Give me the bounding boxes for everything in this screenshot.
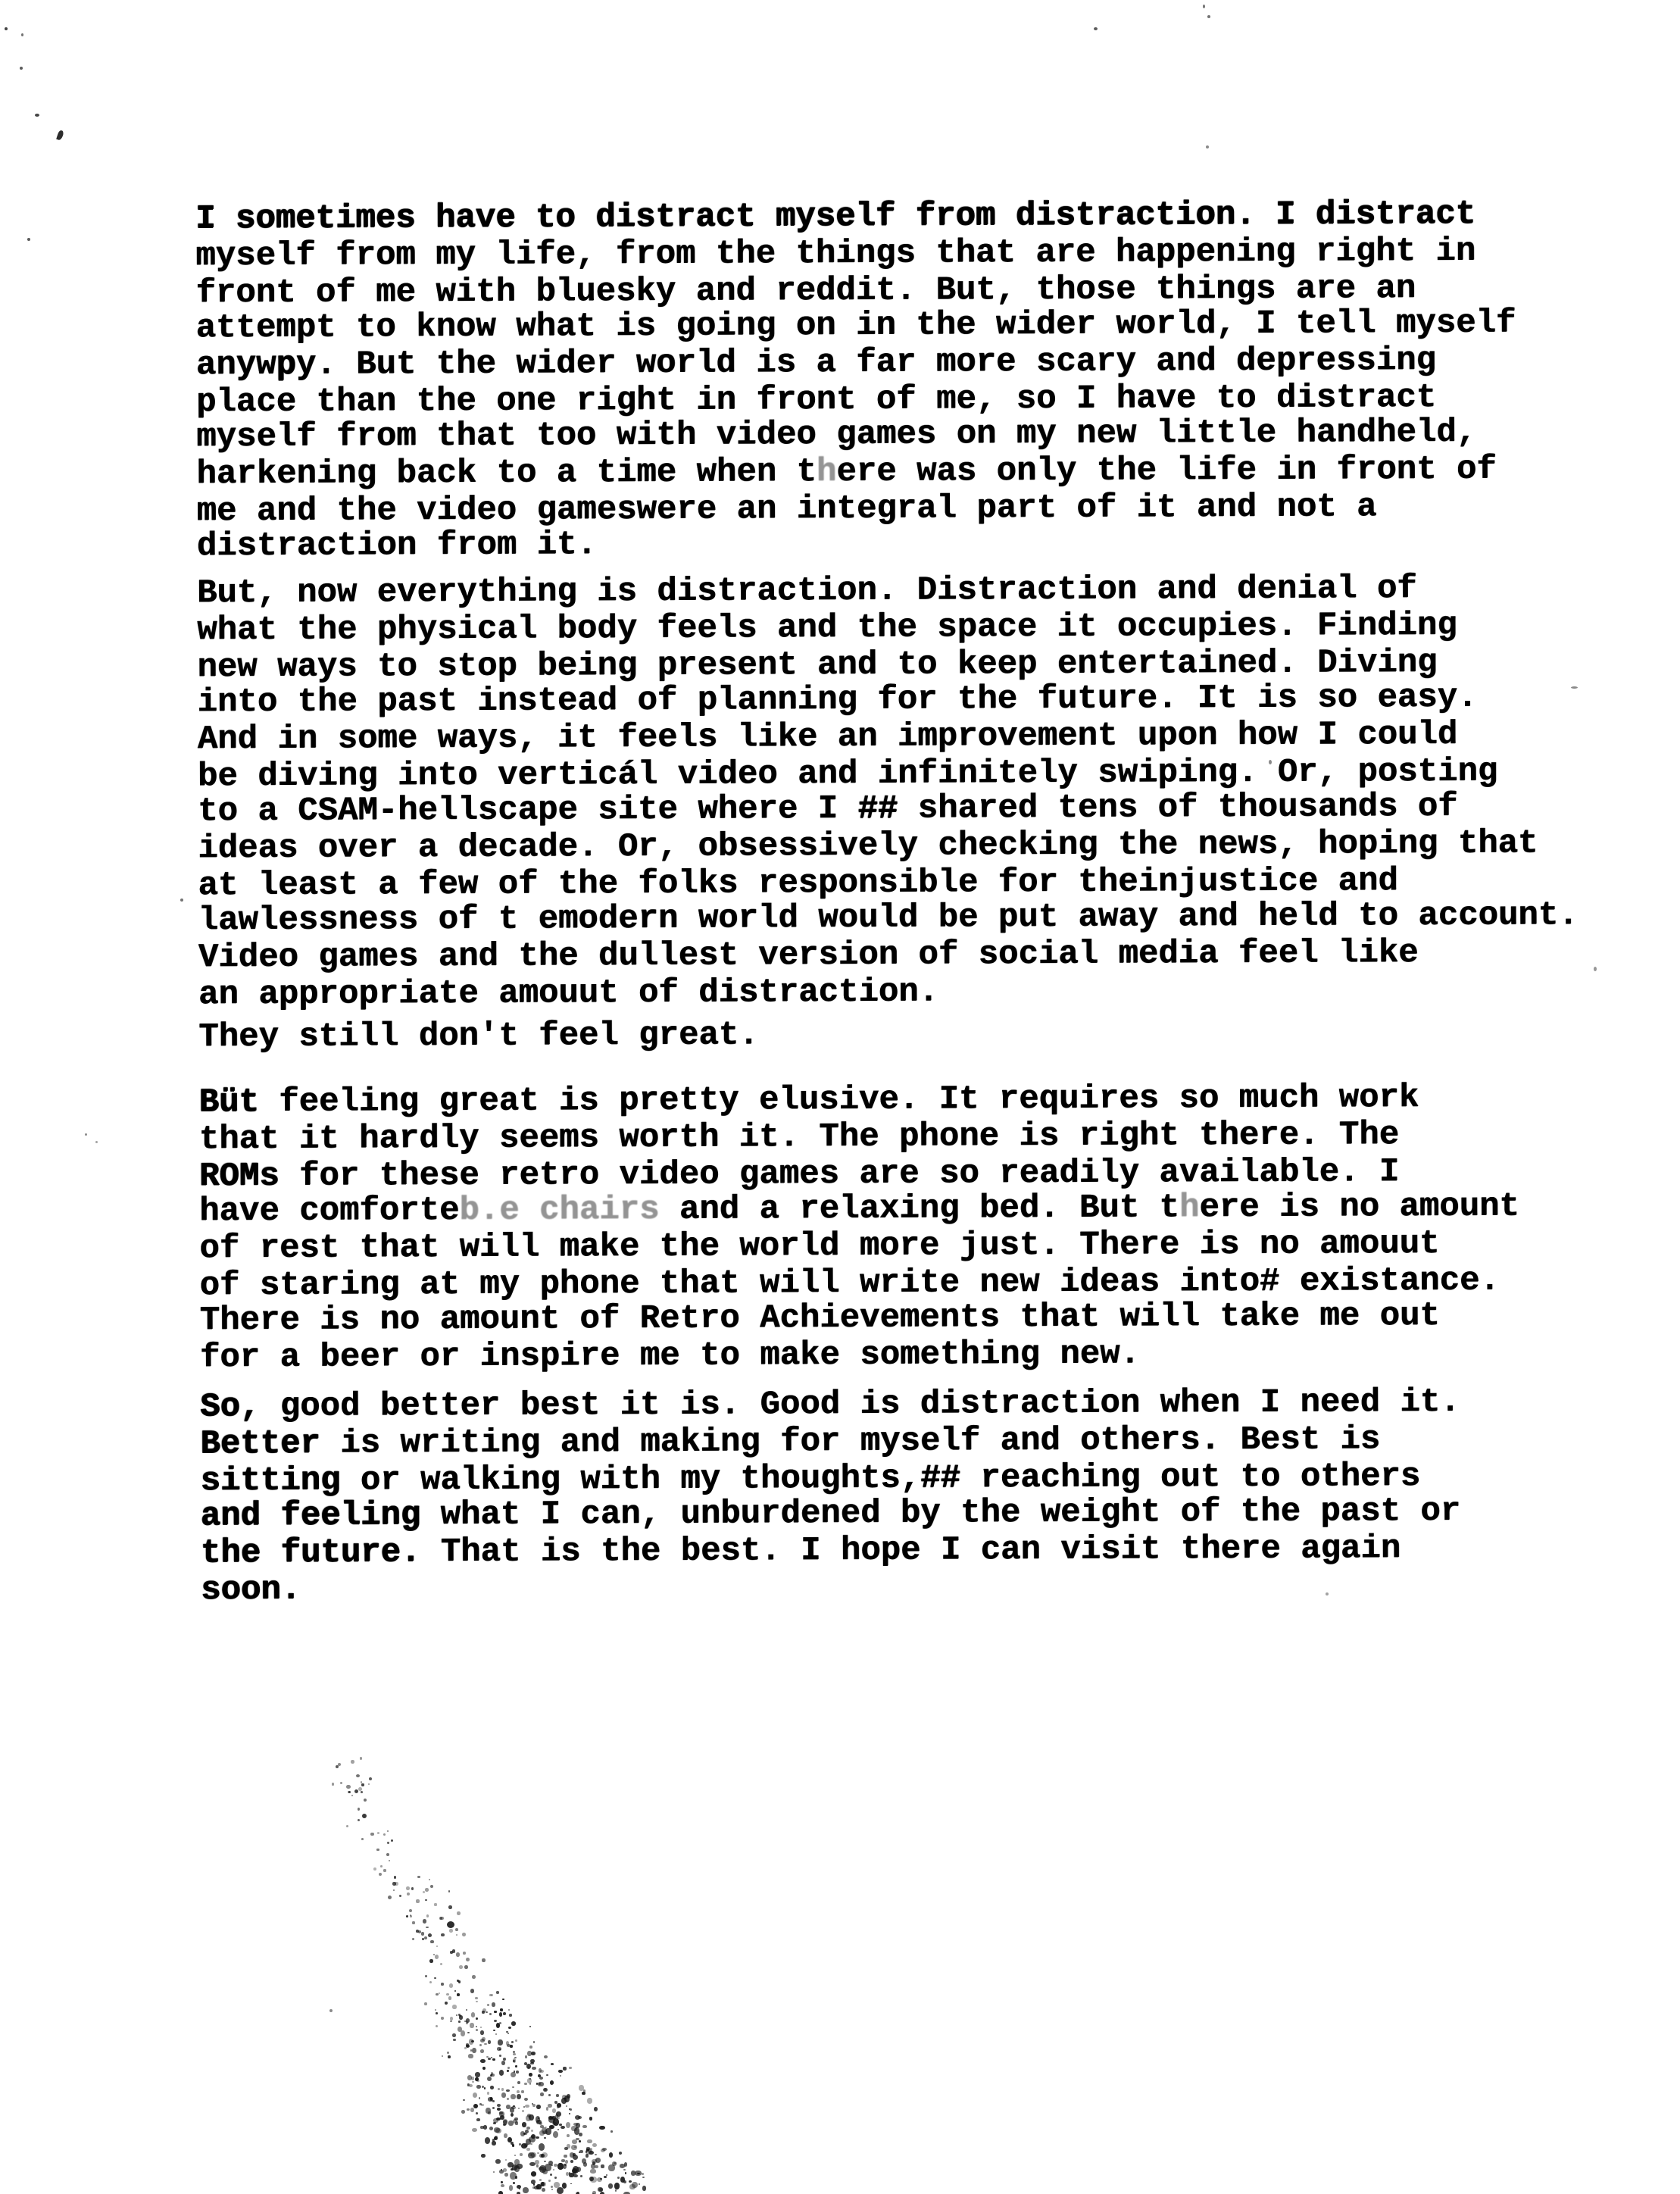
- smudge-dot: [507, 2033, 509, 2034]
- smudge-dot: [475, 1997, 478, 1999]
- smudge-dot: [436, 1946, 438, 1947]
- smudge-dot: [412, 1938, 415, 1941]
- smudge-dot: [473, 2092, 478, 2098]
- smudge-dot: [346, 1785, 351, 1789]
- smudge-dot: [631, 2171, 635, 2176]
- smudge-dot: [582, 2092, 586, 2095]
- text-segment: ere is no amount: [1199, 1187, 1519, 1227]
- smudge-dot: [442, 2055, 443, 2058]
- smudge-dot: [416, 1899, 420, 1903]
- smudge-dot: [448, 2055, 451, 2058]
- smudge-dot: [573, 2155, 579, 2160]
- smudge-dot: [513, 2060, 515, 2062]
- smudge-dot: [499, 2022, 502, 2024]
- text-line: ideas over a decade. Or, obsessively che…: [198, 825, 1644, 867]
- smudge-dot: [642, 2173, 643, 2175]
- text-line: I sometimes have to distract myself from…: [195, 195, 1642, 237]
- smudge-dot: [493, 2122, 496, 2125]
- smudge-dot: [552, 2108, 556, 2113]
- smudge-dot: [480, 2027, 482, 2028]
- smudge-dot: [562, 2095, 567, 2099]
- smudge-dot: [472, 2081, 474, 2083]
- smudge-dot: [511, 2041, 513, 2043]
- smudge-dot: [518, 2108, 520, 2109]
- text-segment: harkening back to a time when t: [196, 453, 817, 493]
- smudge-dot: [507, 2044, 511, 2047]
- text-line: There is no amount of Retro Achievements…: [200, 1297, 1647, 1339]
- ink-speck: [1269, 760, 1272, 764]
- ink-speck: [56, 130, 64, 141]
- smudge-dot: [361, 1791, 363, 1793]
- smudge-dot: [484, 2043, 486, 2046]
- smudge-dot: [377, 1832, 379, 1834]
- smudge-dot: [360, 1757, 362, 1759]
- smudge-dot: [515, 2039, 517, 2042]
- smudge-dot: [509, 2014, 512, 2017]
- smudge-dot: [567, 2134, 570, 2138]
- smudge-dot: [439, 1992, 440, 1994]
- text-segment: p: [276, 345, 296, 383]
- smudge-dot: [445, 2002, 448, 2005]
- smudge-dot: [566, 2105, 567, 2107]
- ink-speck: [85, 1133, 87, 1136]
- smudge-dot: [586, 2151, 587, 2153]
- smudge-dot: [449, 1929, 453, 1933]
- smudge-dot: [410, 1915, 412, 1917]
- smudge-dot: [511, 2094, 516, 2099]
- text-segment: b.e chairs: [459, 1191, 659, 1230]
- smudge-dot: [542, 2188, 545, 2192]
- smudge-dot: [487, 2077, 492, 2082]
- text-line: of rest that will make the world more ju…: [199, 1225, 1646, 1267]
- smudge-dot: [601, 2149, 606, 2153]
- text-segment: ##: [857, 790, 898, 828]
- smudge-dot: [546, 2107, 548, 2110]
- smudge-dot: [507, 2137, 512, 2143]
- smudge-dot: [517, 2081, 520, 2084]
- smudge-dot: [426, 1927, 428, 1929]
- smudge-dot: [488, 2040, 491, 2044]
- smudge-dot: [632, 2182, 638, 2189]
- smudge-dot: [458, 2021, 461, 2023]
- smudge-dot: [569, 2113, 570, 2114]
- text-segment: of rest that will make the world more ju…: [199, 1225, 1439, 1267]
- smudge-dot: [598, 2187, 603, 2192]
- smudge-dot: [519, 2188, 520, 2189]
- text-segment: y. But the wider world is a far more sca…: [296, 342, 1436, 384]
- smudge-dot: [558, 2070, 563, 2073]
- text-line: distraction from it.: [197, 523, 1644, 564]
- text-segment: and a relaxing bed. But t: [659, 1189, 1179, 1229]
- smudge-dot: [546, 2074, 548, 2076]
- smudge-dot: [511, 2072, 516, 2077]
- smudge-dot: [461, 2110, 466, 2114]
- smudge-dot: [412, 1921, 415, 1924]
- smudge-dot: [485, 2137, 491, 2144]
- smudge-dot: [556, 2094, 559, 2097]
- smudge-dot: [530, 2143, 532, 2145]
- smudge-dot: [551, 2189, 553, 2190]
- smudge-dot: [504, 2133, 507, 2138]
- smudge-dot: [529, 2073, 532, 2077]
- smudge-dot: [470, 2049, 472, 2052]
- text-segment: ##: [920, 1459, 960, 1497]
- text-segment: good better best it is. Good is distract…: [260, 1383, 1460, 1426]
- smudge-dot: [552, 2122, 557, 2125]
- ink-speck: [358, 1808, 360, 1811]
- smudge-dot: [361, 1781, 362, 1783]
- smudge-dot: [482, 2008, 486, 2012]
- smudge-dot: [450, 1951, 453, 1954]
- smudge-dot: [551, 2063, 554, 2065]
- text-segment: to a CSAM-hellscape site where I: [198, 790, 858, 830]
- smudge-dot: [488, 2058, 491, 2060]
- smudge-dot: [520, 2153, 523, 2156]
- smudge-dot: [480, 2126, 484, 2129]
- smudge-dot: [612, 2161, 617, 2166]
- smudge-dot: [586, 2147, 590, 2150]
- smudge-dot: [449, 1983, 453, 1988]
- smudge-dot: [561, 2126, 565, 2130]
- smudge-dot: [493, 2030, 495, 2032]
- smudge-dot: [470, 1989, 474, 1993]
- smudge-dot: [476, 2026, 478, 2027]
- smudge-dot: [501, 2092, 506, 2098]
- smudge-dot: [434, 1977, 436, 1979]
- smudge-dot: [406, 1886, 410, 1890]
- smudge-dot: [470, 2108, 474, 2112]
- text-line: into the past instead of planning for th…: [197, 679, 1644, 720]
- smudge-dot: [506, 2089, 510, 2092]
- smudge-dot: [525, 2133, 527, 2136]
- smudge-dot: [489, 2127, 494, 2130]
- smudge-dot: [440, 1917, 444, 1921]
- text-segment: or walking with my thoughts,: [340, 1459, 920, 1499]
- smudge-dot: [509, 2185, 514, 2191]
- smudge-dot: [370, 1833, 374, 1836]
- smudge-dot: [623, 2169, 625, 2171]
- smudge-dot: [524, 2083, 527, 2085]
- smudge-dot: [448, 1890, 451, 1892]
- smudge-dot: [507, 2067, 510, 2069]
- smudge-dot: [428, 1933, 432, 1937]
- smudge-dot: [471, 2040, 474, 2042]
- text-segment: soon.: [201, 1570, 301, 1609]
- text-line: what the physical body feels and the spa…: [197, 607, 1644, 649]
- smudge-dot: [536, 2105, 541, 2109]
- smudge-dot: [540, 2125, 544, 2128]
- ink-speck: [21, 33, 23, 36]
- smudge-dot: [570, 2160, 574, 2163]
- smudge-dot: [573, 2174, 578, 2178]
- smudge-dot: [515, 2065, 517, 2067]
- smudge-dot: [536, 2136, 539, 2139]
- ink-speck: [35, 114, 39, 117]
- smudge-dot: [592, 2191, 596, 2194]
- text-segment: is writing and making for myself and oth…: [320, 1420, 1381, 1462]
- smudge-dot: [526, 2064, 532, 2069]
- smudge-dot: [517, 2090, 520, 2093]
- text-segment: There is no amount of Retro Achievements…: [200, 1297, 1440, 1339]
- smudge-dot: [373, 1867, 376, 1871]
- smudge-dot: [553, 2169, 554, 2171]
- smudge-dot: [609, 2152, 613, 2158]
- smudge-dot: [380, 1865, 383, 1867]
- smudge-dot: [501, 2181, 503, 2183]
- scanned-page: I sometimes have to distract myself from…: [0, 0, 1680, 2194]
- smudge-dot: [479, 2097, 481, 2099]
- smudge-dot: [383, 1833, 386, 1836]
- smudge-dot: [481, 2104, 484, 2106]
- smudge-dot: [393, 1889, 395, 1891]
- smudge-dot: [486, 2011, 488, 2013]
- smudge-dot: [436, 1993, 439, 1996]
- smudge-dot: [450, 2017, 453, 2021]
- smudge-dot: [476, 2118, 480, 2121]
- smudge-dot: [332, 1783, 334, 1785]
- smudge-dot: [589, 2117, 592, 2121]
- smudge-dot: [500, 2008, 503, 2011]
- smudge-dot: [525, 2105, 529, 2108]
- smudge-dot: [441, 1933, 445, 1937]
- smudge-dot: [456, 2014, 457, 2016]
- text-segment: lawlessness of t emodern world would be …: [198, 896, 1579, 939]
- smudge-dot: [521, 2143, 527, 2149]
- smudge-dot: [642, 2186, 646, 2190]
- smudge-dot: [495, 2033, 497, 2035]
- ink-speck: [95, 1141, 98, 1143]
- smudge-dot: [550, 2174, 552, 2176]
- smudge-dot: [508, 2009, 511, 2011]
- text-line: an appropriate amouut of distraction.: [198, 971, 1645, 1013]
- smudge-dot: [495, 2159, 501, 2164]
- smudge-dot: [476, 2029, 479, 2031]
- smudge-dot: [440, 1963, 442, 1965]
- smudge-dot: [361, 1838, 364, 1840]
- smudge-dot: [522, 2122, 526, 2127]
- text-line: and feeling what I can, unburdened by th…: [201, 1492, 1647, 1534]
- text-segment: feeling great is pretty elusive. It requ…: [259, 1079, 1419, 1121]
- text-line: attempt to know what is going on in the …: [196, 305, 1643, 346]
- smudge-dot: [582, 2125, 586, 2128]
- smudge-dot: [614, 2183, 620, 2189]
- text-segment: Büt: [198, 1083, 258, 1121]
- smudge-dot: [534, 2186, 539, 2189]
- smudge-dot: [346, 1825, 348, 1827]
- smudge-dot: [472, 1975, 476, 1979]
- smudge-dot: [482, 1958, 486, 1962]
- smudge-dot: [517, 2094, 521, 2100]
- smudge-dot: [448, 1996, 452, 2000]
- smudge-dot: [512, 2164, 517, 2171]
- smudge-dot: [470, 2023, 473, 2028]
- smudge-dot: [423, 1891, 425, 1893]
- smudge-dot: [587, 2139, 592, 2143]
- smudge-dot: [507, 2098, 508, 2100]
- smudge-dot: [526, 2148, 530, 2151]
- text-segment: anyw: [196, 346, 276, 384]
- smudge-dot: [383, 1869, 386, 1872]
- text-line: But, now everything is distraction. Dist…: [197, 570, 1644, 611]
- smudge-dot: [487, 2092, 489, 2095]
- smudge-dot: [435, 2009, 436, 2011]
- smudge-dot: [511, 2113, 514, 2117]
- smudge-dot: [529, 2114, 534, 2121]
- smudge-dot: [501, 2169, 502, 2171]
- smudge-dot: [417, 1876, 420, 1879]
- smudge-dot: [520, 2131, 526, 2136]
- text-segment: myself from that too with video games on…: [196, 414, 1476, 456]
- smudge-dot: [592, 2143, 597, 2148]
- smudge-dot: [395, 1882, 398, 1886]
- smudge-dot: [471, 2012, 475, 2017]
- smudge-dot: [554, 2177, 557, 2179]
- text-segment: for a beer or inspire me to make somethi…: [200, 1335, 1140, 1377]
- smudge-dot: [590, 2177, 597, 2183]
- smudge-dot: [601, 2164, 604, 2167]
- paragraph-2: But, now everything is distraction. Dist…: [197, 570, 1645, 1012]
- smudge-dot: [466, 2009, 467, 2011]
- smudge-dot: [502, 1999, 504, 2000]
- smudge-dot: [508, 2027, 511, 2030]
- smudge-dot: [368, 1783, 370, 1785]
- smudge-dot: [447, 2052, 449, 2054]
- smudge-dot: [456, 1952, 460, 1957]
- smudge-dot: [387, 1842, 389, 1844]
- text-segment: Video games and the dullest version of s…: [198, 934, 1419, 977]
- text-line: myself from that too with video games on…: [196, 414, 1643, 455]
- smudge-dot: [472, 2048, 476, 2054]
- ink-speck: [447, 1921, 454, 1928]
- text-segment: myself from my life, from the things tha…: [195, 233, 1475, 275]
- smudge-dot: [429, 1879, 430, 1880]
- smudge-dot: [594, 2107, 598, 2111]
- smudge-dot: [523, 2106, 525, 2108]
- smudge-dot: [544, 2137, 545, 2139]
- text-line: They still don't feel great.: [198, 1014, 1645, 1055]
- ink-speck: [180, 899, 183, 902]
- smudge-dot: [539, 2143, 545, 2151]
- text-line: the future. That is the best. I hope I c…: [201, 1530, 1647, 1571]
- ink-speck: [1594, 967, 1597, 971]
- text-segment: That is the best. I hope I can visit the…: [420, 1530, 1401, 1571]
- smudge-dot: [486, 2108, 491, 2114]
- smudge-dot: [617, 2177, 620, 2179]
- smudge-dot: [570, 2183, 572, 2185]
- smudge-dot: [463, 2099, 464, 2101]
- smudge-dot: [457, 1911, 461, 1915]
- smudge-dot: [476, 2001, 478, 2002]
- smudge-dot: [338, 1763, 341, 1766]
- smudge-dot: [399, 1895, 402, 1898]
- smudge-dot: [560, 2075, 561, 2077]
- smudge-dot: [492, 2058, 495, 2061]
- smudge-dot: [535, 2160, 539, 2164]
- smudge-dot: [540, 2092, 544, 2096]
- smudge-dot: [499, 2055, 501, 2057]
- ink-speck: [424, 1936, 427, 1939]
- smudge-dot: [538, 2074, 541, 2077]
- smudge-dot: [531, 2180, 536, 2184]
- smudge-dot: [548, 2094, 551, 2096]
- ink-speck: [354, 1789, 358, 1793]
- smudge-dot: [544, 2055, 548, 2058]
- text-segment: ere was only the life in front of: [836, 450, 1497, 490]
- smudge-dot: [494, 2011, 497, 2013]
- text-segment: sitting: [200, 1461, 340, 1500]
- smudge-dot: [459, 1965, 463, 1969]
- smudge-dot: [563, 2067, 566, 2071]
- text-segment: attempt to know what is going on in the …: [196, 304, 1516, 347]
- smudge-dot: [469, 2084, 473, 2087]
- smudge-dot: [586, 2154, 589, 2158]
- paragraph-3: They still don't feel great.: [198, 1014, 1645, 1056]
- smudge-dot: [574, 2146, 576, 2148]
- paragraph-1: I sometimes have to distract myself from…: [195, 196, 1644, 565]
- smudge-dot: [501, 2088, 504, 2091]
- smudge-dot: [566, 2122, 570, 2128]
- text-segment: shared tens of thousands of: [898, 788, 1458, 828]
- ink-speck: [1203, 5, 1205, 8]
- smudge-dot: [425, 1975, 428, 1977]
- text-line: myself from my life, from the things tha…: [195, 233, 1642, 274]
- text-line: for a beer or inspire me to make somethi…: [200, 1334, 1647, 1376]
- ink-speck: [1326, 1592, 1329, 1595]
- smudge-dot: [508, 2121, 514, 2126]
- smudge-dot: [639, 2183, 640, 2186]
- smudge-dot: [512, 2086, 514, 2089]
- smudge-dot: [436, 2012, 439, 2014]
- smudge-dot: [523, 2187, 529, 2193]
- smudge-dot: [493, 2171, 495, 2174]
- smudge-dot: [391, 1839, 394, 1842]
- smudge-dot: [498, 2088, 500, 2090]
- text-line: Büt feeling great is pretty elusive. It …: [198, 1079, 1645, 1120]
- smudge-dot: [571, 2126, 576, 2131]
- smudge-dot: [635, 2171, 642, 2176]
- smudge-dot: [361, 1783, 364, 1786]
- text-segment: an appropriate amouut of distraction.: [198, 973, 938, 1014]
- smudge-dot: [608, 2183, 613, 2189]
- smudge-dot: [424, 2002, 427, 2005]
- smudge-dot: [435, 1955, 439, 1958]
- text-segment: So,: [200, 1388, 260, 1426]
- smudge-dot: [464, 1965, 468, 1969]
- smudge-dot: [487, 2004, 489, 2007]
- text-line: Video games and the dullest version of s…: [198, 934, 1645, 976]
- smudge-dot: [453, 2039, 456, 2041]
- text-line: that it hardly seems worth it. The phone…: [199, 1116, 1646, 1158]
- smudge-dot: [429, 1981, 432, 1983]
- smudge-dot: [490, 2086, 494, 2089]
- text-segment: And in some ways, it feels like an impro…: [198, 716, 1458, 758]
- ink-speck: [362, 1814, 367, 1818]
- smudge-dot: [476, 2085, 481, 2089]
- smudge-dot: [545, 2164, 551, 2171]
- smudge-dot: [499, 2012, 502, 2017]
- smudge-dot: [533, 2041, 535, 2042]
- smudge-dot: [569, 2067, 572, 2069]
- smudge-dot: [351, 1760, 354, 1764]
- ink-speck: [356, 1774, 360, 1777]
- smudge-dot: [501, 2184, 505, 2187]
- text-segment: distraction from it.: [197, 526, 597, 565]
- ink-speck: [364, 1799, 367, 1802]
- smudge-dot: [498, 2191, 503, 2194]
- smudge-dot: [387, 1830, 389, 1832]
- smudge-dot: [506, 2031, 508, 2033]
- smudge-dot: [436, 2025, 438, 2028]
